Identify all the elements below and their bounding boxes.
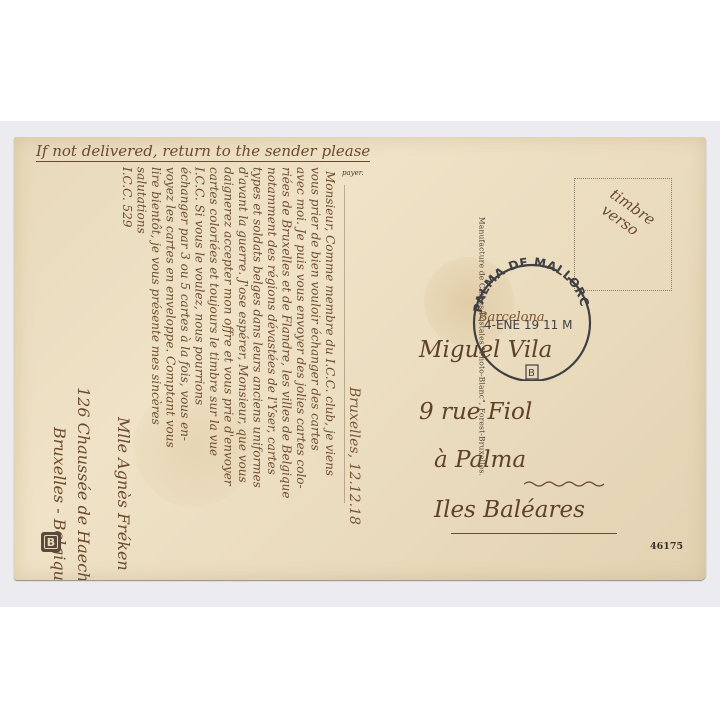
message-line: types et soldats belges dans leurs ancie… bbox=[250, 167, 266, 488]
message-line: vous prier de bien vouloir échanger des … bbox=[308, 167, 324, 451]
message-line: cartes coloriées et toujours le timbre s… bbox=[206, 167, 222, 456]
message-line: échanger par 3 ou 5 cartes à la fois, vo… bbox=[177, 167, 193, 441]
recipient-city: à Palma bbox=[434, 447, 526, 473]
center-divider bbox=[344, 185, 345, 503]
recipient-region: Iles Baléares bbox=[434, 497, 585, 523]
message-line: Monsieur, Comme membre du I.C.C. club, j… bbox=[322, 171, 338, 476]
payer-label: payer. bbox=[342, 169, 364, 177]
recipient-street: 9 rue Fiol bbox=[419, 399, 532, 425]
message-date: Bruxelles, 12.12.18 bbox=[346, 387, 362, 525]
svg-text:PALMA DE MALLORCA: PALMA DE MALLORCA bbox=[460, 241, 592, 313]
svg-text:B: B bbox=[528, 368, 535, 379]
signature: Mlle Agnès Fréken bbox=[114, 417, 133, 571]
message-line: avec moi. Je puis vous envoyer des jolie… bbox=[293, 167, 309, 489]
recipient-name: Miguel Vila bbox=[419, 337, 552, 363]
return-instruction: If not delivered, return to the sender p… bbox=[36, 142, 370, 162]
message-line: daignerez accepter mon offre et vous pri… bbox=[221, 167, 237, 486]
city-underline bbox=[524, 480, 608, 488]
message-line: I.C.C. 529 bbox=[119, 167, 135, 227]
message-line: riées de Bruxelles et de Flandre, les vi… bbox=[279, 167, 295, 498]
catalog-number: 46175 bbox=[650, 541, 683, 552]
svg-text:Barcelona: Barcelona bbox=[477, 310, 545, 325]
message-line: lire bientôt, je vous présente mes sincè… bbox=[148, 167, 164, 425]
message-line: voyez les cartes en enveloppe. Comptant … bbox=[163, 167, 179, 448]
message-line: I.C.C. Si vous le voulez, nous pourrions bbox=[192, 167, 208, 405]
region-underline bbox=[451, 533, 617, 534]
sender-address-line-2: Bruxelles - Belgique bbox=[50, 427, 69, 580]
publisher-logo-icon: B bbox=[41, 532, 61, 552]
message-line: d'avant la guerre. J'ose espérer, Monsie… bbox=[235, 167, 251, 483]
sender-address-line-1: 126 Chaussée de Haecht bbox=[74, 387, 93, 580]
message-line: salutations bbox=[134, 167, 150, 234]
postcard: If not delivered, return to the sender p… bbox=[14, 137, 706, 580]
message-line: notamment des régions dévastées de l'Yse… bbox=[264, 167, 280, 475]
